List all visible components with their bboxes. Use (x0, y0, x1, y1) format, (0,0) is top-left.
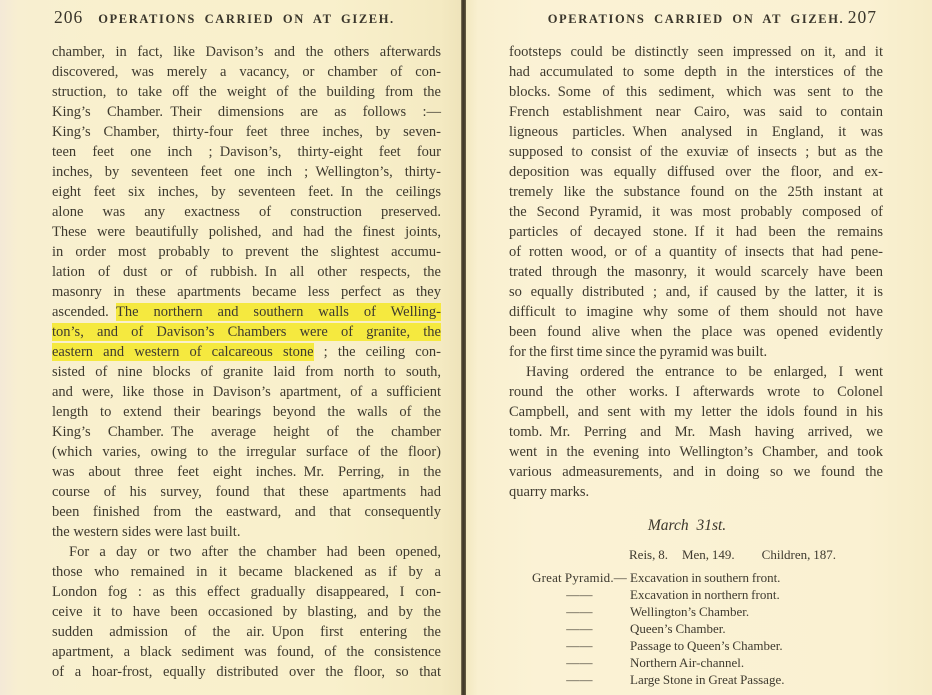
journal-entry: ——Large Stone in Great Passage. (509, 671, 883, 688)
text-segment: the western sides were last built. (52, 524, 240, 540)
text-segment: was about three feet eight inches. Mr. P… (52, 464, 441, 480)
text-segment: particles of decayed stone. If it had be… (509, 224, 883, 240)
text-segment: eight feet six inches, by seventeen feet… (52, 184, 441, 200)
text-line: (which varies, owing to the irregular su… (52, 442, 441, 462)
text-segment: those who remained in it became blackene… (52, 564, 441, 580)
text-line: particles of decayed stone. If it had be… (509, 222, 883, 242)
highlighted-text: The northern and southern walls of Welli… (116, 303, 441, 321)
text-segment: ceive it to have been occasioned by blas… (52, 604, 441, 620)
journal-entries: Great Pyramid.—Excavation in southern fr… (509, 569, 883, 688)
text-segment: ; the ceiling con- (314, 344, 441, 360)
text-line: King’s Chamber. Their dimensions are as … (52, 102, 441, 122)
text-segment: (which varies, owing to the irregular su… (52, 444, 441, 460)
text-segment: sisted of nine blocks of granite laid fr… (52, 364, 441, 380)
text-line: of a hoar-frost, equally distributed ove… (52, 662, 441, 682)
text-line: eastern and western of calcareous stone … (52, 342, 441, 362)
entry-text: Excavation in southern front. (630, 569, 883, 586)
text-segment: King’s Chamber. Their dimensions are as … (52, 104, 441, 120)
text-line: of rotten wood, or of a quantity of inse… (509, 242, 883, 262)
text-segment: footsteps could be distinctly seen impre… (509, 44, 883, 60)
text-segment: for the first time since the pyramid was… (509, 344, 767, 360)
page-number: 207 (848, 7, 877, 28)
text-line: went in the evening into Wellington’s Ch… (509, 442, 883, 462)
text-segment: tomb. Mr. Perring and Mr. Mash having ar… (509, 424, 883, 440)
ditto-mark: —— (529, 620, 630, 637)
text-segment: and were, like those in Davison’s apartm… (52, 384, 441, 400)
text-line: Campbell, and sent with my letter the id… (509, 402, 883, 422)
page-207: OPERATIONS CARRIED ON AT GIZEH. 207 foot… (466, 0, 932, 695)
page-gutter (461, 0, 466, 695)
text-segment: These were beautifully polished, and had… (52, 224, 441, 240)
text-line: for the first time since the pyramid was… (509, 342, 883, 362)
text-column: chamber, in fact, like Davison’s and the… (52, 42, 441, 682)
text-line: ligneous particles. When analysed in Eng… (509, 122, 883, 142)
text-line: difficult to imagine why some of them sh… (509, 302, 883, 322)
page-body: footsteps could be distinctly seen impre… (509, 42, 883, 688)
stat-men: Men, 149. (682, 545, 735, 565)
entry-text: Large Stone in Great Passage. (630, 671, 883, 688)
text-segment: in order most probably to prevent the sl… (52, 244, 441, 260)
text-segment: apartment, a black sediment was found, o… (52, 644, 441, 660)
page-number: 206 (54, 7, 83, 28)
text-line: tremely like the substance found on the … (509, 182, 883, 202)
text-segment: went in the evening into Wellington’s Ch… (509, 444, 883, 460)
text-line: King’s Chamber. The average height of th… (52, 422, 441, 442)
ditto-mark: —— (529, 603, 630, 620)
text-segment: ligneous particles. When analysed in Eng… (509, 124, 883, 140)
text-line: course of his survey, found that these a… (52, 482, 441, 502)
highlighted-text: eastern and western of calcareous stone (52, 343, 314, 361)
entry-text: Excavation in northern front. (630, 586, 883, 603)
running-title: OPERATIONS CARRIED ON AT GIZEH. (52, 10, 441, 27)
text-segment: London fog : as this effect gradually di… (52, 584, 441, 600)
text-line: length to extend their bearings beyond t… (52, 402, 441, 422)
ditto-mark: —— (529, 586, 630, 603)
journal-entry: ——Wellington’s Chamber. (509, 603, 883, 620)
entry-text: Wellington’s Chamber. (630, 603, 883, 620)
text-line: footsteps could be distinctly seen impre… (509, 42, 883, 62)
book-scan: 206 OPERATIONS CARRIED ON AT GIZEH. cham… (0, 0, 932, 695)
text-line: the western sides were last built. (52, 522, 441, 542)
text-segment: teen feet one inch ; Davison’s, thirty-e… (52, 144, 441, 160)
text-line: been finished from the eastward, and tha… (52, 502, 441, 522)
running-title: OPERATIONS CARRIED ON AT GIZEH. (509, 10, 883, 27)
text-segment: King’s Chamber. The average height of th… (52, 424, 441, 440)
journal-date-heading: March 31st. (509, 516, 865, 536)
text-line: various admeasurements, and in doing so … (509, 462, 883, 482)
text-line: blocks. Some of this sediment, which was… (509, 82, 883, 102)
text-segment: struction, to take off the weight of the… (52, 84, 441, 100)
text-line: lation of dust or of rubbish. In all oth… (52, 262, 441, 282)
page-header: OPERATIONS CARRIED ON AT GIZEH. 207 (509, 10, 883, 34)
text-line: inches, by seventeen feet one inch ; Wel… (52, 162, 441, 182)
text-line: ascended. The northern and southern wall… (52, 302, 441, 322)
journal-entry: ——Queen’s Chamber. (509, 620, 883, 637)
text-segment: blocks. Some of this sediment, which was… (509, 84, 883, 100)
text-line: quarry marks. (509, 482, 883, 502)
text-segment: had accumulated to some depth in the int… (509, 64, 883, 80)
page-body: chamber, in fact, like Davison’s and the… (52, 42, 441, 682)
text-segment: chamber, in fact, like Davison’s and the… (52, 44, 441, 60)
text-segment: of a hoar-frost, equally distributed ove… (52, 664, 441, 680)
text-line: supposed to consist of the exuviæ of ins… (509, 142, 883, 162)
highlighted-text: ton’s, and of Davison’s Chambers were of… (52, 323, 441, 341)
text-column: footsteps could be distinctly seen impre… (509, 42, 883, 502)
text-line: ton’s, and of Davison’s Chambers were of… (52, 322, 441, 342)
text-line: apartment, a black sediment was found, o… (52, 642, 441, 662)
text-segment: length to extend their bearings beyond t… (52, 404, 441, 420)
text-line: masonry in these apartments became less … (52, 282, 441, 302)
text-line: was about three feet eight inches. Mr. P… (52, 462, 441, 482)
journal-section: March 31st. Reis, 8. Men, 149. Children,… (509, 516, 883, 688)
workforce-stats: Reis, 8. Men, 149. Children, 187. (509, 545, 883, 565)
entry-text: Passage to Queen’s Chamber. (630, 637, 883, 654)
text-line: the Second Pyramid, it was most probably… (509, 202, 883, 222)
text-line: round the other works. I afterwards wrot… (509, 382, 883, 402)
text-line: sudden admission of the air. Upon first … (52, 622, 441, 642)
text-line: teen feet one inch ; Davison’s, thirty-e… (52, 142, 441, 162)
text-segment: King’s Chamber, thirty-four feet three i… (52, 124, 441, 140)
ditto-mark: —— (529, 637, 630, 654)
journal-entry: ——Northern Air-channel. (509, 654, 883, 671)
text-segment: been found alive when the place was open… (509, 324, 883, 340)
journal-entry: ——Excavation in northern front. (509, 586, 883, 603)
text-segment: ascended. (52, 304, 116, 320)
text-segment: discovered, was merely a vacancy, or cha… (52, 64, 441, 80)
text-segment: difficult to imagine why some of them sh… (509, 304, 883, 320)
text-line: deposition was equally diffused over the… (509, 162, 883, 182)
text-segment: lation of dust or of rubbish. In all oth… (52, 264, 441, 280)
text-segment: Having ordered the entrance to be enlarg… (526, 364, 883, 380)
text-segment: alone was any exactness of construction … (52, 204, 441, 220)
text-segment: course of his survey, found that these a… (52, 484, 441, 500)
text-segment: tremely like the substance found on the … (509, 184, 883, 200)
text-line: had accumulated to some depth in the int… (509, 62, 883, 82)
entry-text: Queen’s Chamber. (630, 620, 883, 637)
journal-entry: Great Pyramid.—Excavation in southern fr… (509, 569, 883, 586)
text-line: in order most probably to prevent the sl… (52, 242, 441, 262)
text-line: struction, to take off the weight of the… (52, 82, 441, 102)
text-line: those who remained in it became blackene… (52, 562, 441, 582)
text-line: Having ordered the entrance to be enlarg… (509, 362, 883, 382)
stat-reis: Reis, 8. (629, 545, 668, 565)
text-line: so equally distributed ; and, if caused … (509, 282, 883, 302)
text-line: tomb. Mr. Perring and Mr. Mash having ar… (509, 422, 883, 442)
text-line: alone was any exactness of construction … (52, 202, 441, 222)
text-line: For a day or two after the chamber had b… (52, 542, 441, 562)
text-segment: of rotten wood, or of a quantity of inse… (509, 244, 883, 260)
page-206: 206 OPERATIONS CARRIED ON AT GIZEH. cham… (0, 0, 462, 695)
text-segment: masonry in these apartments became less … (52, 284, 441, 300)
text-line: French establishment near Cairo, was sai… (509, 102, 883, 122)
text-line: chamber, in fact, like Davison’s and the… (52, 42, 441, 62)
text-segment: French establishment near Cairo, was sai… (509, 104, 883, 120)
page-header: 206 OPERATIONS CARRIED ON AT GIZEH. (52, 10, 441, 34)
ditto-mark: —— (529, 654, 630, 671)
stat-children: Children, 187. (762, 545, 836, 565)
text-line: London fog : as this effect gradually di… (52, 582, 441, 602)
text-segment: various admeasurements, and in doing so … (509, 464, 883, 480)
text-segment: deposition was equally diffused over the… (509, 164, 883, 180)
text-line: and were, like those in Davison’s apartm… (52, 382, 441, 402)
text-segment: the Second Pyramid, it was most probably… (509, 204, 883, 220)
text-segment: inches, by seventeen feet one inch ; Wel… (52, 164, 441, 180)
text-line: These were beautifully polished, and had… (52, 222, 441, 242)
text-line: eight feet six inches, by seventeen feet… (52, 182, 441, 202)
text-segment: quarry marks. (509, 484, 589, 500)
text-line: been found alive when the place was open… (509, 322, 883, 342)
text-line: ceive it to have been occasioned by blas… (52, 602, 441, 622)
text-segment: been finished from the eastward, and tha… (52, 504, 441, 520)
text-segment: round the other works. I afterwards wrot… (509, 384, 883, 400)
text-segment: Campbell, and sent with my letter the id… (509, 404, 883, 420)
text-segment: supposed to consist of the exuviæ of ins… (509, 144, 883, 160)
text-segment: For a day or two after the chamber had b… (69, 544, 441, 560)
entry-text: Northern Air-channel. (630, 654, 883, 671)
journal-entry: ——Passage to Queen’s Chamber. (509, 637, 883, 654)
text-line: discovered, was merely a vacancy, or cha… (52, 62, 441, 82)
text-segment: trated through the masonry, it would sca… (509, 264, 883, 280)
text-line: King’s Chamber, thirty-four feet three i… (52, 122, 441, 142)
ditto-mark: —— (529, 671, 630, 688)
text-segment: sudden admission of the air. Upon first … (52, 624, 441, 640)
text-line: sisted of nine blocks of granite laid fr… (52, 362, 441, 382)
text-line: trated through the masonry, it would sca… (509, 262, 883, 282)
entry-label: Great Pyramid.— (529, 569, 630, 586)
text-segment: so equally distributed ; and, if caused … (509, 284, 883, 300)
